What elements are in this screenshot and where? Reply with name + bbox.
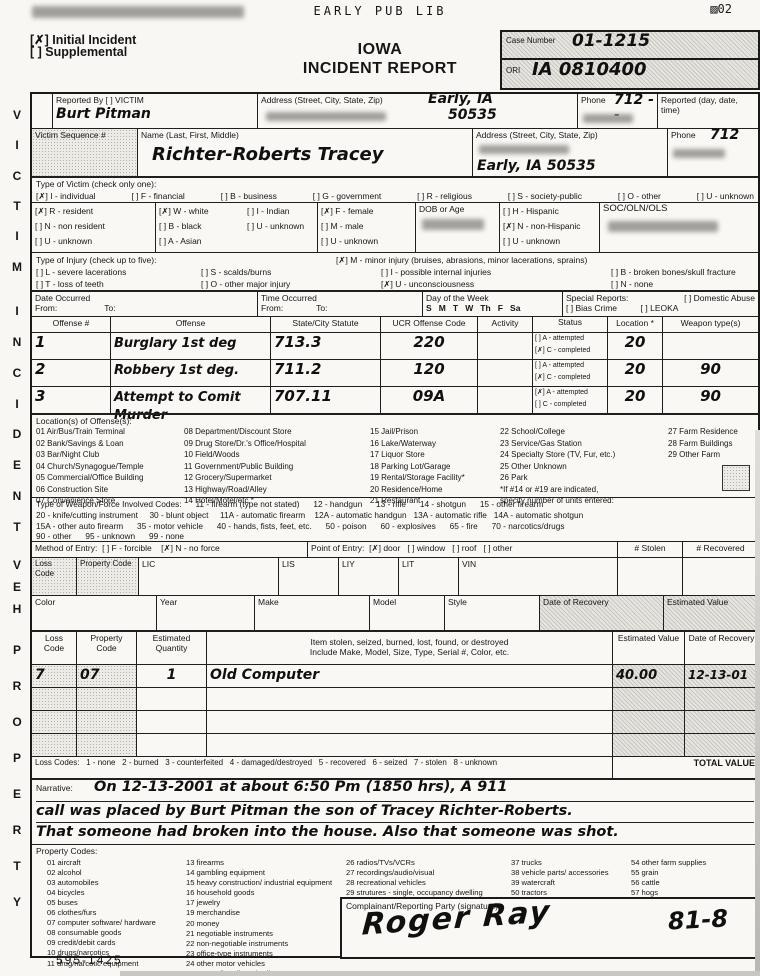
injury-option: [ ] T - loss of teeth [36, 278, 201, 290]
gutter-letter: T [13, 520, 20, 534]
location-code: 16 Lake/Waterway [370, 438, 500, 450]
gutter-letter: N [13, 335, 22, 349]
location-code: 04 Church/Synagogue/Temple [36, 461, 184, 473]
victim-address-label: Address (Street, City, State, Zip) [476, 130, 664, 140]
offense-ucr-code: 220 [380, 333, 477, 359]
property-row: 7 07 1 Old Computer 40.00 12-13-01 [32, 664, 758, 687]
gutter-letter: T [13, 859, 20, 873]
prop-code-value [76, 688, 136, 710]
residency-option: [ ] U - unknown [35, 234, 152, 249]
prop-value-header: Estimated Value [612, 632, 684, 664]
property-rows: 7 07 1 Old Computer 40.00 12-13-01 [32, 664, 758, 756]
narrative-section: Narrative: On 12-13-2001 at about 6:50 P… [32, 778, 758, 844]
ethnicity-option: [ ] U - unknown [503, 234, 596, 249]
location-code: 29 Other Farm [668, 449, 754, 461]
gutter-letter: E [13, 580, 21, 594]
property-row [32, 733, 758, 756]
property-codes-label: Property Codes: [36, 847, 186, 857]
property-code: 28 recreational vehicles [346, 878, 511, 888]
demographics-row: [✗] R - resident[ ] N - non resident[ ] … [32, 202, 758, 252]
property-code: 56 cattle [631, 878, 754, 888]
location-code: 26 Park [500, 472, 668, 484]
prop-item-value [206, 688, 612, 710]
location-code: 08 Department/Discount Store [184, 426, 370, 438]
weapon-codes-line1: Type of Weapon/Force Involved Codes: 11 … [36, 499, 754, 510]
location-code: 02 Bank/Savings & Loan [36, 438, 184, 450]
offense-statute: 707.11 [270, 387, 380, 413]
offense-col-header: Status [532, 317, 607, 332]
title-line2: INCIDENT REPORT [303, 60, 457, 77]
gutter-letter: M [12, 260, 22, 274]
offense-location: 20 [607, 387, 662, 413]
property-code: 06 clothes/furs [47, 908, 186, 918]
gutter-letter: I [15, 138, 18, 152]
prop-date-value [684, 734, 758, 756]
prop-item-header: Item stolen, seized, burned, lost, found… [206, 632, 612, 664]
status-completed: [ ] C - completed [535, 399, 605, 411]
offense-col-header: Offense [110, 317, 270, 332]
location-code: 15 Jail/Prison [370, 426, 500, 438]
race-col1: [✗] W - white[ ] B - black[ ] A - Asian [159, 204, 247, 251]
status-attempted: [✗] A - attempted [535, 387, 605, 399]
gutter-property: PROPERTY [8, 632, 26, 920]
location-code: 13 Highway/Road/Alley [184, 484, 370, 496]
location-code: 19 Rental/Storage Facility* [370, 472, 500, 484]
reported-datetime-cell: Reported (day, date, time) [657, 94, 758, 128]
property-code: 24 other motor vehicles [186, 959, 346, 969]
narrative-text: That someone had broken into the house. … [36, 824, 619, 840]
gutter-letter: V [13, 108, 21, 122]
prop-qty-value: 1 [136, 665, 206, 687]
injury-option: [ ] B - broken bones/skull fracture [611, 266, 736, 278]
victim-type-option: [ ] S - society-public [508, 190, 582, 202]
offense-status: [ ] A - attempted [✗] C - completed [532, 333, 607, 359]
reporter-city: Early, IA [428, 92, 493, 107]
type-of-victim-row: Type of Victim (check only one): [✗] I -… [32, 176, 758, 202]
date-occurred-label: Date Occurred [35, 293, 254, 303]
soc-label: SOC/OLN/OLS [603, 204, 755, 214]
gutter-letter: P [13, 643, 21, 657]
property-code: 04 bicycles [47, 888, 186, 898]
gutter-letter: D [13, 427, 22, 441]
ethnicity-option: [✗] N - non-Hispanic [503, 219, 596, 234]
veh-property-code-cell: Property Code [76, 558, 138, 595]
prop-code-value: 07 [76, 665, 136, 687]
location-code: 03 Bar/Night Club [36, 449, 184, 461]
property-header-row: Loss Code Property Code Estimated Quanti… [32, 630, 758, 664]
gutter-victim: VICTIM [8, 100, 26, 282]
veh-lis-cell: LIS [278, 558, 338, 595]
entry-row: Method of Entry: [ ] F - forcible [✗] N … [32, 541, 758, 557]
fax-page-number: ▨02 [710, 2, 732, 16]
location-code: 05 Commercial/Office Building [36, 472, 184, 484]
prop-qty-value [136, 734, 206, 756]
gutter-letter: H [13, 602, 22, 616]
case-number-row: Case Number 01-1215 [502, 32, 758, 58]
ethnicity-option: [ ] H - Hispanic [503, 204, 596, 219]
locations-section: Location(s) of Offense(s): 01 Air/Bus/Tr… [32, 413, 758, 497]
case-number-box: Case Number 01-1215 ORI IA 0810400 [500, 30, 760, 90]
victim-phone-cell: Phone 712 [667, 129, 758, 176]
property-codes-section: Property Codes: 01 aircraft02 alcohol03 … [32, 844, 758, 956]
day-of-week-cell: Day of the Week S M T W Th F Sa [422, 292, 562, 316]
veh-make-cell: Make [254, 596, 369, 630]
ori-label: ORI [506, 66, 520, 76]
scan-edge [755, 430, 760, 976]
narrative-line3: That someone had broken into the house. … [36, 823, 754, 844]
prop-qty-value [136, 711, 206, 733]
date-occurred-cell: Date Occurred From: To: [32, 292, 257, 316]
offense-name: Robbery 1st deg. [110, 360, 270, 386]
offense-col-header: Location * [607, 317, 662, 332]
occurrence-row: Date Occurred From: To: Time Occurred Fr… [32, 290, 758, 316]
veh-vin-cell: VIN [458, 558, 617, 595]
offense-col-header: Offense # [32, 317, 110, 332]
prop-loss-value [32, 688, 76, 710]
veh-liy-cell: LIY [338, 558, 398, 595]
gutter-veh: VEH [8, 554, 26, 620]
type-of-victim-label: Type of Victim (check only one): [32, 178, 758, 190]
redacted-victim-phone [673, 149, 725, 158]
race-option: [ ] U - unknown [247, 219, 314, 234]
prop-date-value [684, 688, 758, 710]
special-reports-line2: [ ] Bias Crime [ ] LEOKA [566, 303, 755, 313]
veh-stolen-cell [617, 558, 682, 595]
injury-line2: [ ] L - severe lacerations [ ] S - scald… [36, 266, 754, 278]
gutter-letter: C [13, 169, 22, 183]
total-value-label: TOTAL VALUE [612, 757, 758, 778]
sex-cell: [✗] F - female[ ] M - male[ ] U - unknow… [317, 203, 415, 252]
gutter-letter: E [13, 787, 21, 801]
soc-cell: SOC/OLN/OLS [599, 203, 758, 252]
property-code: 09 credit/debit cards [47, 938, 186, 948]
race-option: [ ] A - Asian [159, 234, 247, 249]
supplemental-checkbox: [ ] Supplemental [30, 46, 136, 58]
victim-type-option: [ ] O - other [618, 190, 661, 202]
property-code: 54 other farm supplies [631, 858, 754, 868]
property-code: 23 office-type instruments [186, 949, 346, 959]
prop-code-value [76, 734, 136, 756]
locations-label: Location(s) of Offense(s): [36, 416, 754, 426]
location-code: 01 Air/Bus/Train Terminal [36, 426, 184, 438]
property-codes-list: 01 aircraft02 alcohol03 automobiles04 bi… [36, 858, 186, 969]
method-of-entry-cell: Method of Entry: [ ] F - forcible [✗] N … [32, 542, 307, 557]
offense-header-row: Offense # Offense State/City Statute UCR… [32, 316, 758, 332]
property-code: 21 negotiable instruments [186, 929, 346, 939]
stolen-header-cell: # Stolen [617, 542, 682, 557]
signature-value: Roger Ray [362, 904, 552, 932]
method-of-entry-options: [ ] F - forcible [✗] N - no force [102, 543, 220, 553]
offense-row: 1 Burglary 1st deg 713.3 220 [ ] A - att… [32, 332, 758, 359]
prop-est-value [612, 711, 684, 733]
day-of-week-letters: S M T W Th F Sa [426, 303, 559, 313]
offense-statute: 711.2 [270, 360, 380, 386]
offense-rows: 1 Burglary 1st deg 713.3 220 [ ] A - att… [32, 332, 758, 413]
location-code: 18 Parking Lot/Garage [370, 461, 500, 473]
form-body: Reported By [ ] VICTIM Burt Pitman Addre… [30, 92, 760, 958]
property-row [32, 710, 758, 733]
victim-type-option: [ ] F - financial [131, 190, 184, 202]
gutter-letter: O [12, 715, 21, 729]
veh-year-cell: Year [156, 596, 254, 630]
veh-lit-cell: LIT [398, 558, 458, 595]
ethnicity-cell: [ ] H - Hispanic[✗] N - non-Hispanic[ ] … [499, 203, 599, 252]
dob-label: DOB or Age [419, 204, 496, 214]
injury-label: Type of Injury (check up to five): [36, 254, 336, 266]
gutter-letter: R [13, 679, 22, 693]
prop-loss-value [32, 711, 76, 733]
narrative-label: Narrative: [36, 780, 94, 801]
status-attempted: [ ] A - attempted [535, 333, 605, 345]
gutter-letter: R [13, 823, 22, 837]
injury-line3: [ ] T - loss of teeth [ ] O - other majo… [36, 278, 754, 290]
prop-date-value: 12-13-01 [684, 665, 758, 687]
offense-row: 3 Attempt to Comit Murder 707.11 09A [✗]… [32, 386, 758, 413]
property-code: 38 vehicle parts/ accessories [511, 868, 631, 878]
location-code: 10 Field/Woods [184, 449, 370, 461]
injury-option-minor: [✗] M - minor injury (bruises, abrasions… [336, 254, 587, 266]
property-codes-col2: 13 firearms14 gambling equipment15 heavy… [186, 847, 346, 954]
reported-by-cell: Reported By [ ] VICTIM Burt Pitman [52, 94, 257, 128]
dob-cell: DOB or Age [415, 203, 499, 252]
offense-activity [477, 333, 532, 359]
reporter-zip: 50535 [448, 108, 497, 123]
prop-date-value [684, 711, 758, 733]
veh-color-cell: Color [32, 596, 156, 630]
veh-est-value-cell: Estimated Value [663, 596, 758, 630]
prop-est-value [612, 688, 684, 710]
title-line1: IOWA [358, 41, 403, 58]
offense-location: 20 [607, 360, 662, 386]
status-completed: [✗] C - completed [535, 345, 605, 357]
corner-cell [32, 94, 52, 128]
report-type: [✗] Initial Incident [ ] Supplemental [30, 34, 136, 58]
property-code: 13 firearms [186, 858, 346, 868]
victim-type-option: [ ] G - government [313, 190, 382, 202]
locations-col1: 01 Air/Bus/Train Terminal02 Bank/Savings… [36, 426, 184, 507]
offense-weapon: 90 [662, 360, 758, 386]
gutter-letter: I [15, 304, 18, 318]
offense-status: [✗] A - attempted [ ] C - completed [532, 387, 607, 413]
injury-option: [ ] L - severe lacerations [36, 266, 201, 278]
reported-by-row: Reported By [ ] VICTIM Burt Pitman Addre… [32, 94, 758, 128]
redacted-soc [608, 221, 718, 232]
locations-col3: 15 Jail/Prison16 Lake/Waterway17 Liquor … [370, 426, 500, 507]
property-code: 03 automobiles [47, 878, 186, 888]
property-code: 17 jewelry [186, 898, 346, 908]
offense-statute: 713.3 [270, 333, 380, 359]
fax-header: EARLY PUB LIB ▨02 [0, 2, 760, 20]
race-cell: [✗] W - white[ ] B - black[ ] A - Asian … [155, 203, 317, 252]
type-of-victim-options: [✗] I - individual[ ] F - financial[ ] B… [32, 190, 758, 202]
point-of-entry-options: [✗] door [ ] window [ ] roof [ ] other [369, 543, 512, 553]
time-from-to: From: To: [261, 303, 419, 313]
location-code: 09 Drug Store/Dr.'s Office/Hospital [184, 438, 370, 450]
offense-weapon [662, 333, 758, 359]
gutter-letter: Y [13, 895, 21, 909]
narrative-line2: call was placed by Burt Pitman the son o… [36, 802, 754, 824]
offense-number: 2 [32, 360, 110, 386]
property-code: 20 money [186, 919, 346, 929]
location-code: 27 Farm Residence [668, 426, 754, 438]
gutter-letter: V [13, 558, 21, 572]
point-of-entry-cell: Point of Entry: [✗] door [ ] window [ ] … [307, 542, 617, 557]
injury-option: [ ] O - other major injury [201, 278, 381, 290]
vehicle-row2: Color Year Make Model Style Date of Reco… [32, 595, 758, 630]
gutter-letter: P [13, 751, 21, 765]
offense-location: 20 [607, 333, 662, 359]
offense-number: 3 [32, 387, 110, 413]
victim-sequence-label: Victim Sequence # [35, 130, 134, 140]
veh-lic-cell: LIC [138, 558, 278, 595]
prop-loss-value [32, 734, 76, 756]
sex-option: [✗] F - female [321, 204, 412, 219]
gutter-incident: INCIDENT [8, 296, 26, 542]
veh-recovered-cell [682, 558, 758, 595]
case-number-label: Case Number [506, 36, 555, 46]
location-code: *If #14 or #19 are indicated, [500, 484, 668, 496]
signature-badge-number: 81-8 [668, 911, 729, 929]
reporter-address-cell: Address (Street, City, State, Zip) Early… [257, 94, 577, 128]
gutter-letter: T [13, 199, 20, 213]
victim-address-value: Early, IA 50535 [477, 159, 596, 174]
offense-ucr-code: 09A [380, 387, 477, 413]
loss-codes-legend: Loss Codes: 1 - none 2 - burned 3 - coun… [32, 757, 612, 778]
race-option: [✗] W - white [159, 204, 247, 219]
injury-option: [ ] S - scalds/burns [201, 266, 381, 278]
reported-by-name: Burt Pitman [56, 106, 151, 122]
offense-col-header: Weapon type(s) [662, 317, 758, 332]
fax-header-text: EARLY PUB LIB [0, 4, 760, 18]
loss-codes-row: Loss Codes: 1 - none 2 - burned 3 - coun… [32, 756, 758, 778]
property-code: 08 consumable goods [47, 928, 186, 938]
form-title: IOWA INCIDENT REPORT [250, 40, 510, 78]
property-code: 39 watercraft [511, 878, 631, 888]
method-of-entry-label: Method of Entry: [35, 543, 97, 553]
prop-est-value: 40.00 [612, 665, 684, 687]
gutter-letter: I [15, 397, 18, 411]
prop-qty-header: Estimated Quantity [136, 632, 206, 664]
property-code: 37 trucks [511, 858, 631, 868]
case-number-value: 01-1215 [572, 34, 650, 49]
victim-type-option: [ ] U - unknown [697, 190, 754, 202]
offense-number: 1 [32, 333, 110, 359]
gutter-letter: I [15, 229, 18, 243]
injury-option: [ ] N - none [611, 278, 653, 290]
offense-col-header: UCR Offense Code [380, 317, 477, 332]
injury-row: Type of Injury (check up to five): [✗] M… [32, 252, 758, 290]
veh-model-cell: Model [369, 596, 444, 630]
location-code: 12 Grocery/Supermarket [184, 472, 370, 484]
property-code: 26 radios/TVs/VCRs [346, 858, 511, 868]
locations-columns: 01 Air/Bus/Train Terminal02 Bank/Savings… [36, 426, 754, 507]
prop-code-header: Property Code [76, 632, 136, 664]
injury-option: [✗] U - unconsciousness [381, 278, 611, 290]
redacted-dob [422, 219, 484, 230]
offense-name: Attempt to Comit Murder [110, 387, 270, 413]
victim-type-option: [ ] R - religious [417, 190, 472, 202]
reported-datetime-label: Reported (day, date, time) [661, 95, 755, 115]
location-code: 23 Service/Gas Station [500, 438, 668, 450]
prop-loss-value: 7 [32, 665, 76, 687]
residency-option: [✗] R - resident [35, 204, 152, 219]
locations-col2: 08 Department/Discount Store09 Drug Stor… [184, 426, 370, 507]
time-occurred-cell: Time Occurred From: To: [257, 292, 422, 316]
offense-row: 2 Robbery 1st deg. 711.2 120 [ ] A - att… [32, 359, 758, 386]
special-reports-cell: Special Reports:[ ] Domestic Abuse [ ] B… [562, 292, 758, 316]
locations-col4: 22 School/College23 Service/Gas Station2… [500, 426, 668, 507]
prop-code-value [76, 711, 136, 733]
offense-activity [477, 360, 532, 386]
property-code: 15 heavy construction/ industrial equipm… [186, 878, 346, 888]
reporter-address-label: Address (Street, City, State, Zip) [261, 95, 574, 105]
offense-ucr-code: 120 [380, 360, 477, 386]
location-code: 25 Other Unknown [500, 461, 668, 473]
reported-by-label: Reported By [ ] VICTIM [56, 95, 254, 105]
property-codes-col1: Property Codes: 01 aircraft02 alcohol03 … [36, 847, 186, 954]
status-completed: [✗] C - completed [535, 372, 605, 384]
property-code: 27 recordings/audio/visual [346, 868, 511, 878]
recovered-header-cell: # Recovered [682, 542, 758, 557]
offense-status: [ ] A - attempted [✗] C - completed [532, 360, 607, 386]
property-code: 05 buses [47, 898, 186, 908]
victim-type-option: [✗] I - individual [36, 190, 96, 202]
weapon-codes-label: Type of Weapon/Force Involved Codes: [36, 499, 182, 509]
vehicle-row1: Loss Code Property Code LIC LIS LIY LIT … [32, 557, 758, 595]
location-code: 11 Government/Public Building [184, 461, 370, 473]
units-entered-box [722, 465, 750, 491]
victim-name-cell: Name (Last, First, Middle) Richter-Rober… [137, 129, 472, 176]
property-code: 14 gambling equipment [186, 868, 346, 878]
veh-date-recovery-cell: Date of Recovery [539, 596, 663, 630]
property-code: 01 aircraft [47, 858, 186, 868]
location-code: 24 Specialty Store (TV, Fur, etc.) [500, 449, 668, 461]
narrative-line1: Narrative: On 12-13-2001 at about 6:50 P… [36, 780, 754, 802]
offense-activity [477, 387, 532, 413]
victim-sequence-cell: Victim Sequence # [32, 129, 137, 176]
residency-cell: [✗] R - resident[ ] N - non resident[ ] … [32, 203, 155, 252]
victim-address-cell: Address (Street, City, State, Zip) Early… [472, 129, 667, 176]
gutter-letter: N [13, 489, 22, 503]
property-code: 02 alcohol [47, 868, 186, 878]
ori-value: IA 0810400 [532, 62, 647, 77]
prop-item-value [206, 734, 612, 756]
victim-name-label: Name (Last, First, Middle) [141, 130, 469, 140]
property-code: 55 grain [631, 868, 754, 878]
prop-item-value: Old Computer [206, 665, 612, 687]
injury-option: [ ] I - possible internal injuries [381, 266, 611, 278]
time-occurred-label: Time Occurred [261, 293, 419, 303]
narrative-text: On 12-13-2001 at about 6:50 Pm (1850 hrs… [94, 780, 754, 801]
location-code: 17 Liquor Store [370, 449, 500, 461]
sex-option: [ ] M - male [321, 219, 412, 234]
redacted-phone [583, 114, 633, 123]
veh-loss-code-cell: Loss Code [32, 558, 76, 595]
race-option: [ ] I - Indian [247, 204, 314, 219]
property-code: 22 non-negotiable instruments [186, 939, 346, 949]
offense-col-header: Activity [477, 317, 532, 332]
redacted-victim-street [479, 145, 569, 154]
signature-box: Complainant/Reporting Party (signature) … [340, 897, 760, 959]
weapon-codes-section: Type of Weapon/Force Involved Codes: 11 … [32, 497, 758, 541]
prop-est-value [612, 734, 684, 756]
victim-row: Victim Sequence # Name (Last, First, Mid… [32, 128, 758, 176]
prop-date-header: Date of Recovery [684, 632, 758, 664]
narrative-text: call was placed by Burt Pitman the son o… [36, 803, 573, 819]
special-reports-line1: Special Reports:[ ] Domestic Abuse [566, 293, 755, 303]
weapon-codes-line2: 20 - knife/cutting instrument 30 - blunt… [36, 510, 754, 521]
point-of-entry-label: Point of Entry: [311, 543, 364, 553]
